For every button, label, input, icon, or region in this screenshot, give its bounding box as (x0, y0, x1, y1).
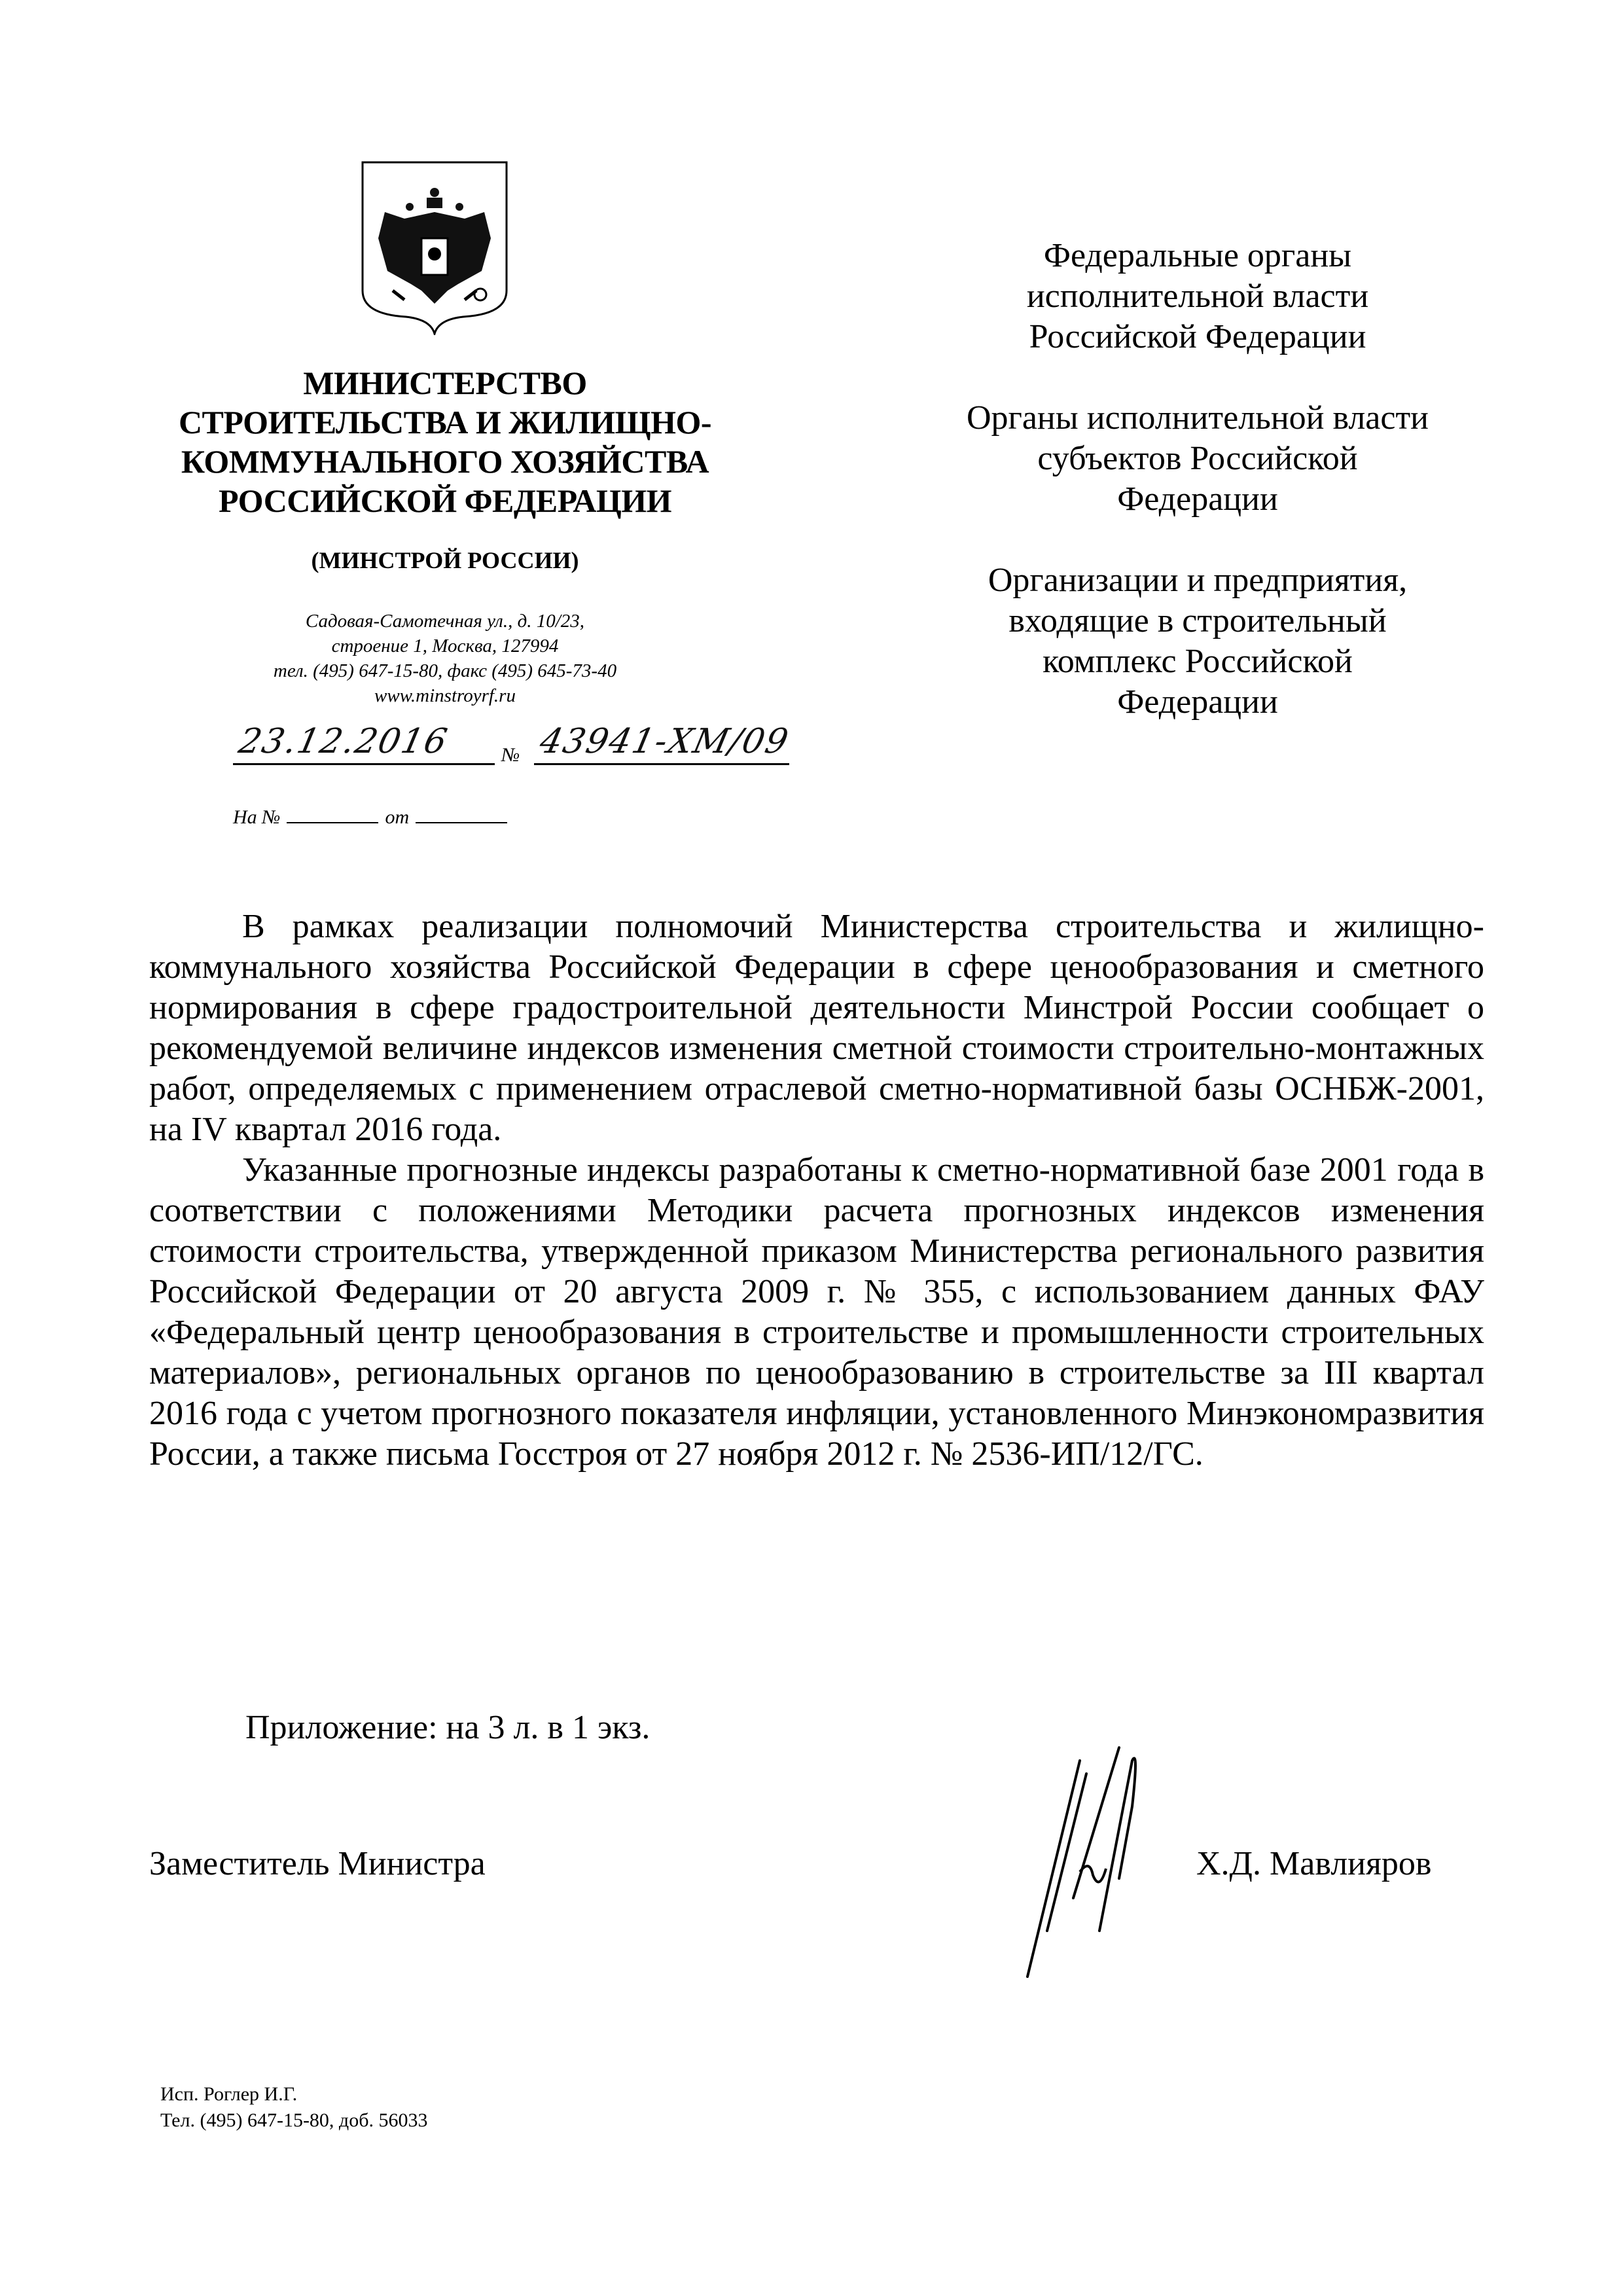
ministry-address: Садовая-Самотечная ул., д. 10/23, строен… (151, 609, 740, 708)
addressee-line: входящие в строительный (910, 601, 1486, 641)
reply-number-blank (287, 822, 378, 823)
address-line: Садовая-Самотечная ул., д. 10/23, (151, 609, 740, 634)
ministry-line: РОССИЙСКОЙ ФЕДЕРАЦИИ (151, 481, 740, 520)
addressee-line: Федеральные органы (910, 236, 1486, 276)
addressee-line: Органы исполнительной власти (910, 398, 1486, 439)
registration-number: 43941-ХМ/09 (537, 722, 793, 761)
website: www.minstroyrf.ru (151, 683, 740, 708)
addressee-block: Органы исполнительной власти субъектов Р… (910, 398, 1486, 520)
ministry-line: МИНИСТЕРСТВО (151, 363, 740, 403)
ministry-line: КОММУНАЛЬНОГО ХОЗЯЙСТВА (151, 442, 740, 481)
number-label: № (501, 744, 520, 766)
registration-date: 23.12.2016 (236, 722, 452, 761)
body-paragraph: Указанные прогнозные индексы разработаны… (149, 1150, 1484, 1475)
addressee-block: Организации и предприятия, входящие в ст… (910, 560, 1486, 723)
attachment-note: Приложение: на 3 л. в 1 экз. (245, 1708, 650, 1747)
executor-info: Исп. Роглер И.Г. Тел. (495) 647-15-80, д… (160, 2081, 427, 2134)
handwritten-signature-icon (1008, 1734, 1217, 1996)
executor-name: Исп. Роглер И.Г. (160, 2081, 427, 2108)
letter-body: В рамках реализации полномочий Министерс… (149, 906, 1484, 1475)
ministry-abbreviation: (МИНСТРОЙ РОССИИ) (151, 547, 740, 574)
reply-from-label: от (385, 806, 409, 828)
executor-phone: Тел. (495) 647-15-80, доб. 56033 (160, 2108, 427, 2134)
address-line: тел. (495) 647-15-80, факс (495) 645-73-… (151, 658, 740, 683)
signer-title: Заместитель Министра (149, 1844, 486, 1883)
number-underline (534, 763, 789, 765)
signer-name: Х.Д. Мавлияров (1196, 1844, 1431, 1883)
addressee-line: исполнительной власти (910, 276, 1486, 317)
address-line: строение 1, Москва, 127994 (151, 634, 740, 658)
reply-label: На № (233, 806, 280, 828)
addressee-line: Федерации (910, 479, 1486, 520)
date-underline (233, 763, 495, 765)
addressee-line: Федерации (910, 682, 1486, 723)
reply-reference: На №от (233, 806, 514, 829)
addressee-line: Организации и предприятия, (910, 560, 1486, 601)
coat-of-arms-icon (359, 160, 510, 335)
addressee-line: комплекс Российской (910, 641, 1486, 682)
ministry-line: СТРОИТЕЛЬСТВА И ЖИЛИЩНО- (151, 403, 740, 442)
body-paragraph: В рамках реализации полномочий Министерс… (149, 906, 1484, 1150)
reply-date-blank (416, 822, 507, 823)
addressee-line: субъектов Российской (910, 439, 1486, 479)
addressee: Федеральные органы исполнительной власти… (910, 236, 1486, 763)
ministry-name: МИНИСТЕРСТВО СТРОИТЕЛЬСТВА И ЖИЛИЩНО- КО… (151, 363, 740, 520)
addressee-block: Федеральные органы исполнительной власти… (910, 236, 1486, 357)
registration-line: 23.12.2016 № 43941-ХМ/09 (233, 717, 789, 769)
addressee-line: Российской Федерации (910, 317, 1486, 357)
